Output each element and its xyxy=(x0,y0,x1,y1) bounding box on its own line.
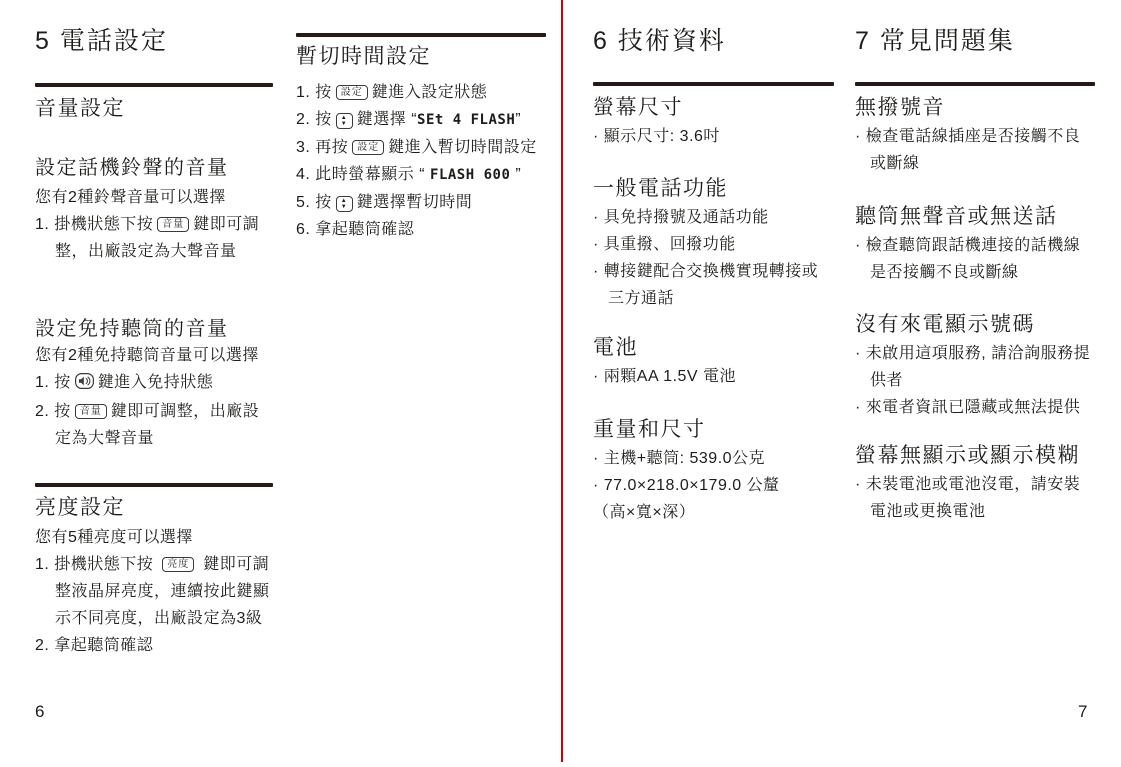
right-page-column-1: 6 技術資料 螢幕尺寸 · 顯示尺寸: 3.6吋 一般電話功能 · 具免持撥號及… xyxy=(593,0,834,526)
step-text: 1. 掛機狀態下按 xyxy=(35,216,153,233)
ring-volume-intro: 您有2種鈴聲音量可以選擇 xyxy=(35,184,273,211)
settings-keycap-icon: 設定 xyxy=(336,85,368,100)
flash-step: 1. 按設定鍵進入設定狀態 xyxy=(296,79,546,106)
lcd-display-text: FLASH 600 xyxy=(430,167,510,183)
step-text: 1. 掛機狀態下按 xyxy=(35,556,158,573)
handsfree-volume-step: 2. 按音量鍵即可調整，出廠設定為大聲音量 xyxy=(35,398,273,452)
left-page-column-2: 暫切時間設定 1. 按設定鍵進入設定狀態 2. 按▲▼鍵選擇 “SEt 4 FL… xyxy=(296,0,546,243)
step-text: 鍵進入免持狀態 xyxy=(98,374,214,391)
volume-keycap-icon: 音量 xyxy=(157,217,189,232)
step-text: 2. 按 xyxy=(35,403,71,420)
step-text: 3. 再按 xyxy=(296,139,348,156)
step-text: 1. 按 xyxy=(296,84,332,101)
faq-bullet: · 來電者資訊已隱藏或無法提供 xyxy=(855,394,1095,421)
brightness-step: 2. 拿起聽筒確認 xyxy=(35,632,273,659)
step-text: 1. 按 xyxy=(35,374,71,391)
page-number-left: 6 xyxy=(35,702,44,722)
step-text: 鍵選擇暫切時間 xyxy=(357,194,473,211)
flash-step: 4. 此時螢幕顯示 “ FLASH 600 ” xyxy=(296,161,546,189)
step-text: ” xyxy=(510,166,521,183)
faq-title-blank-display: 螢幕無顯示或顯示模糊 xyxy=(855,443,1095,469)
section-title-battery: 電池 xyxy=(593,335,834,361)
step-text: 5. 按 xyxy=(296,194,332,211)
right-page-column-2: 7 常見問題集 無撥號音 · 檢查電話線插座是否接觸不良或斷線 聽筒無聲音或無送… xyxy=(855,0,1095,525)
section-rule xyxy=(296,33,546,37)
chapter-title-faq: 7 常見問題集 xyxy=(855,26,1095,56)
spec-bullet: · 顯示尺寸: 3.6吋 xyxy=(593,123,834,150)
subsection-title-handsfree-volume: 設定免持聽筒的音量 xyxy=(35,317,273,342)
page-divider-line xyxy=(561,0,563,762)
ring-volume-step: 1. 掛機狀態下按音量鍵即可調整，出廠設定為大聲音量 xyxy=(35,211,273,265)
spec-bullet: · 轉接鍵配合交換機實現轉接或三方通話 xyxy=(593,258,834,312)
section-rule xyxy=(855,82,1095,86)
step-text: ” xyxy=(515,111,521,128)
step-text: 2. 按 xyxy=(296,111,332,128)
section-title-weight-size: 重量和尺寸 xyxy=(593,417,834,443)
section-title-screen-size: 螢幕尺寸 xyxy=(593,95,834,121)
faq-bullet: · 未啟用這項服務, 請洽詢服務提供者 xyxy=(855,340,1095,394)
updown-arrows-keycap-icon: ▲▼ xyxy=(336,196,353,212)
speaker-key-icon xyxy=(75,371,94,398)
section-rule xyxy=(35,83,273,87)
step-text: 鍵選擇 “ xyxy=(357,111,417,128)
left-page-column-1: 5 電話設定 音量設定 設定話機鈴聲的音量 您有2種鈴聲音量可以選擇 1. 掛機… xyxy=(35,0,273,659)
spec-bullet: · 兩顆AA 1.5V 電池 xyxy=(593,363,834,390)
section-title-brightness: 亮度設定 xyxy=(35,495,273,521)
faq-bullet: · 未裝電池或電池沒電，請安裝電池或更換電池 xyxy=(855,471,1095,525)
faq-bullet: · 檢查聽筒跟話機連接的話機線是否接觸不良或斷線 xyxy=(855,232,1095,286)
step-text: 4. 此時螢幕顯示 “ xyxy=(296,166,430,183)
flash-step: 3. 再按設定鍵進入暫切時間設定 xyxy=(296,134,546,161)
chapter-title-tech-specs: 6 技術資料 xyxy=(593,26,834,56)
faq-title-no-caller-id: 沒有來電顯示號碼 xyxy=(855,312,1095,338)
spec-bullet: · 具免持撥號及通話功能 xyxy=(593,204,834,231)
section-title-general-functions: 一般電話功能 xyxy=(593,176,834,202)
flash-step: 6. 拿起聽筒確認 xyxy=(296,216,546,243)
settings-keycap-icon: 設定 xyxy=(352,140,384,155)
handsfree-volume-intro: 您有2種免持聽筒音量可以選擇 xyxy=(35,342,273,369)
volume-keycap-icon: 音量 xyxy=(75,404,107,419)
brightness-keycap-icon: 亮度 xyxy=(162,557,194,572)
spec-bullet: · 主機+聽筒: 539.0公克 xyxy=(593,445,834,472)
flash-step: 5. 按▲▼鍵選擇暫切時間 xyxy=(296,189,546,216)
section-title-volume: 音量設定 xyxy=(35,96,273,122)
faq-title-no-dial-tone: 無撥號音 xyxy=(855,95,1095,121)
faq-title-no-handset-audio: 聽筒無聲音或無送話 xyxy=(855,204,1095,230)
dimension-note: （高×寬×深） xyxy=(608,499,834,526)
section-rule xyxy=(35,483,273,487)
handsfree-volume-step: 1. 按鍵進入免持狀態 xyxy=(35,369,273,398)
step-text: 鍵進入暫切時間設定 xyxy=(388,139,537,156)
flash-time-steps: 1. 按設定鍵進入設定狀態 2. 按▲▼鍵選擇 “SEt 4 FLASH” 3.… xyxy=(296,79,546,243)
section-title-flash-time: 暫切時間設定 xyxy=(296,44,546,70)
chapter-title-phone-settings: 5 電話設定 xyxy=(35,26,273,56)
section-rule xyxy=(593,82,834,86)
flash-step: 2. 按▲▼鍵選擇 “SEt 4 FLASH” xyxy=(296,106,546,134)
page-number-right: 7 xyxy=(1078,702,1087,722)
spec-bullet: · 77.0×218.0×179.0 公釐（高×寬×深） xyxy=(593,472,834,526)
subsection-title-ring-volume: 設定話機鈴聲的音量 xyxy=(35,156,273,181)
faq-bullet: · 檢查電話線插座是否接觸不良或斷線 xyxy=(855,123,1095,177)
spec-bullet: · 具重撥、回撥功能 xyxy=(593,231,834,258)
lcd-display-text: SEt 4 FLASH xyxy=(417,112,515,128)
brightness-step: 1. 掛機狀態下按 亮度 鍵即可調整液晶屏亮度，連續按此鍵顯示不同亮度，出廠設定… xyxy=(35,551,273,632)
brightness-intro: 您有5種亮度可以選擇 xyxy=(35,524,273,551)
updown-arrows-keycap-icon: ▲▼ xyxy=(336,113,353,129)
spec-text: · 77.0×218.0×179.0 公釐 xyxy=(593,477,780,494)
step-text: 鍵進入設定狀態 xyxy=(372,84,488,101)
